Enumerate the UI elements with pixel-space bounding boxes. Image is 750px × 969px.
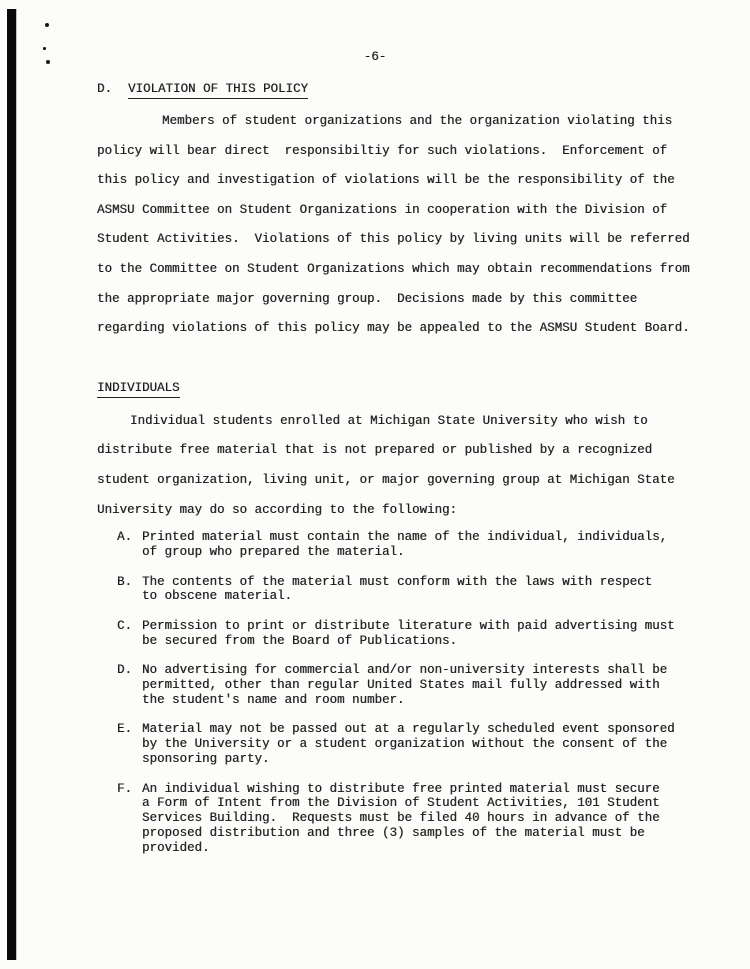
list-item-line: Services Building. Requests must be file… <box>142 811 707 826</box>
paragraph-line: Members of student organizations and the… <box>97 107 707 137</box>
paragraph-line: distribute free material that is not pre… <box>97 436 707 466</box>
list-item-f: F. An individual wishing to distribute f… <box>97 782 707 856</box>
individuals-list: A. Printed material must contain the nam… <box>97 530 707 856</box>
list-item-line: be secured from the Board of Publication… <box>142 634 707 649</box>
paragraph-line: this policy and investigation of violati… <box>97 166 707 196</box>
list-item-letter: B. <box>117 575 132 590</box>
paragraph-line: Individual students enrolled at Michigan… <box>97 407 707 437</box>
paragraph-line: student organization, living unit, or ma… <box>97 466 707 496</box>
list-item-letter: C. <box>117 619 132 634</box>
list-item-line: permitted, other than regular United Sta… <box>142 678 707 693</box>
document-page: -6- D.VIOLATION OF THIS POLICY Members o… <box>0 0 750 969</box>
individuals-title: INDIVIDUALS <box>97 380 180 398</box>
list-item-line: of group who prepared the material. <box>142 545 707 560</box>
list-item-line: sponsoring party. <box>142 752 707 767</box>
list-item-b: B. The contents of the material must con… <box>97 575 707 605</box>
list-item-line: provided. <box>142 841 707 856</box>
list-item-e: E. Material may not be passed out at a r… <box>97 722 707 766</box>
individuals-paragraph: Individual students enrolled at Michigan… <box>97 407 707 525</box>
section-d-heading: D.VIOLATION OF THIS POLICY <box>97 81 707 99</box>
list-item-line: No advertising for commercial and/or non… <box>142 663 707 678</box>
section-d-letter: D. <box>97 82 112 96</box>
list-item-line: Printed material must contain the name o… <box>142 530 707 545</box>
scan-binding-bar <box>7 9 16 960</box>
list-item-line: to obscene material. <box>142 589 707 604</box>
list-item-line: Permission to print or distribute litera… <box>142 619 707 634</box>
paragraph-line: the appropriate major governing group. D… <box>97 285 707 315</box>
list-item-line: Material may not be passed out at a regu… <box>142 722 707 737</box>
section-d-title: VIOLATION OF THIS POLICY <box>128 81 308 99</box>
section-d-paragraph: Members of student organizations and the… <box>97 107 707 344</box>
list-item-line: a Form of Intent from the Division of St… <box>142 796 707 811</box>
list-item-line: An individual wishing to distribute free… <box>142 782 707 797</box>
paragraph-line: University may do so according to the fo… <box>97 496 707 526</box>
paragraph-line: policy will bear direct responsibiltiy f… <box>97 137 707 167</box>
paragraph-line: Student Activities. Violations of this p… <box>97 225 707 255</box>
individuals-heading: INDIVIDUALS <box>97 380 707 398</box>
list-item-a: A. Printed material must contain the nam… <box>97 530 707 560</box>
paragraph-line: regarding violations of this policy may … <box>97 314 707 344</box>
list-item-line: by the University or a student organizat… <box>142 737 707 752</box>
list-item-line: proposed distribution and three (3) samp… <box>142 826 707 841</box>
list-item-letter: E. <box>117 722 132 737</box>
paragraph-line: to the Committee on Student Organization… <box>97 255 707 285</box>
paragraph-line: ASMSU Committee on Student Organizations… <box>97 196 707 226</box>
list-item-d: D. No advertising for commercial and/or … <box>97 663 707 707</box>
list-item-line: the student's name and room number. <box>142 693 707 708</box>
page-content: D.VIOLATION OF THIS POLICY Members of st… <box>97 81 707 856</box>
list-item-letter: F. <box>117 782 132 797</box>
list-item-line: The contents of the material must confor… <box>142 575 707 590</box>
list-item-letter: D. <box>117 663 132 678</box>
page-number: -6- <box>0 50 750 64</box>
list-item-letter: A. <box>117 530 132 545</box>
scan-artifact-dot <box>45 23 49 27</box>
list-item-c: C. Permission to print or distribute lit… <box>97 619 707 649</box>
